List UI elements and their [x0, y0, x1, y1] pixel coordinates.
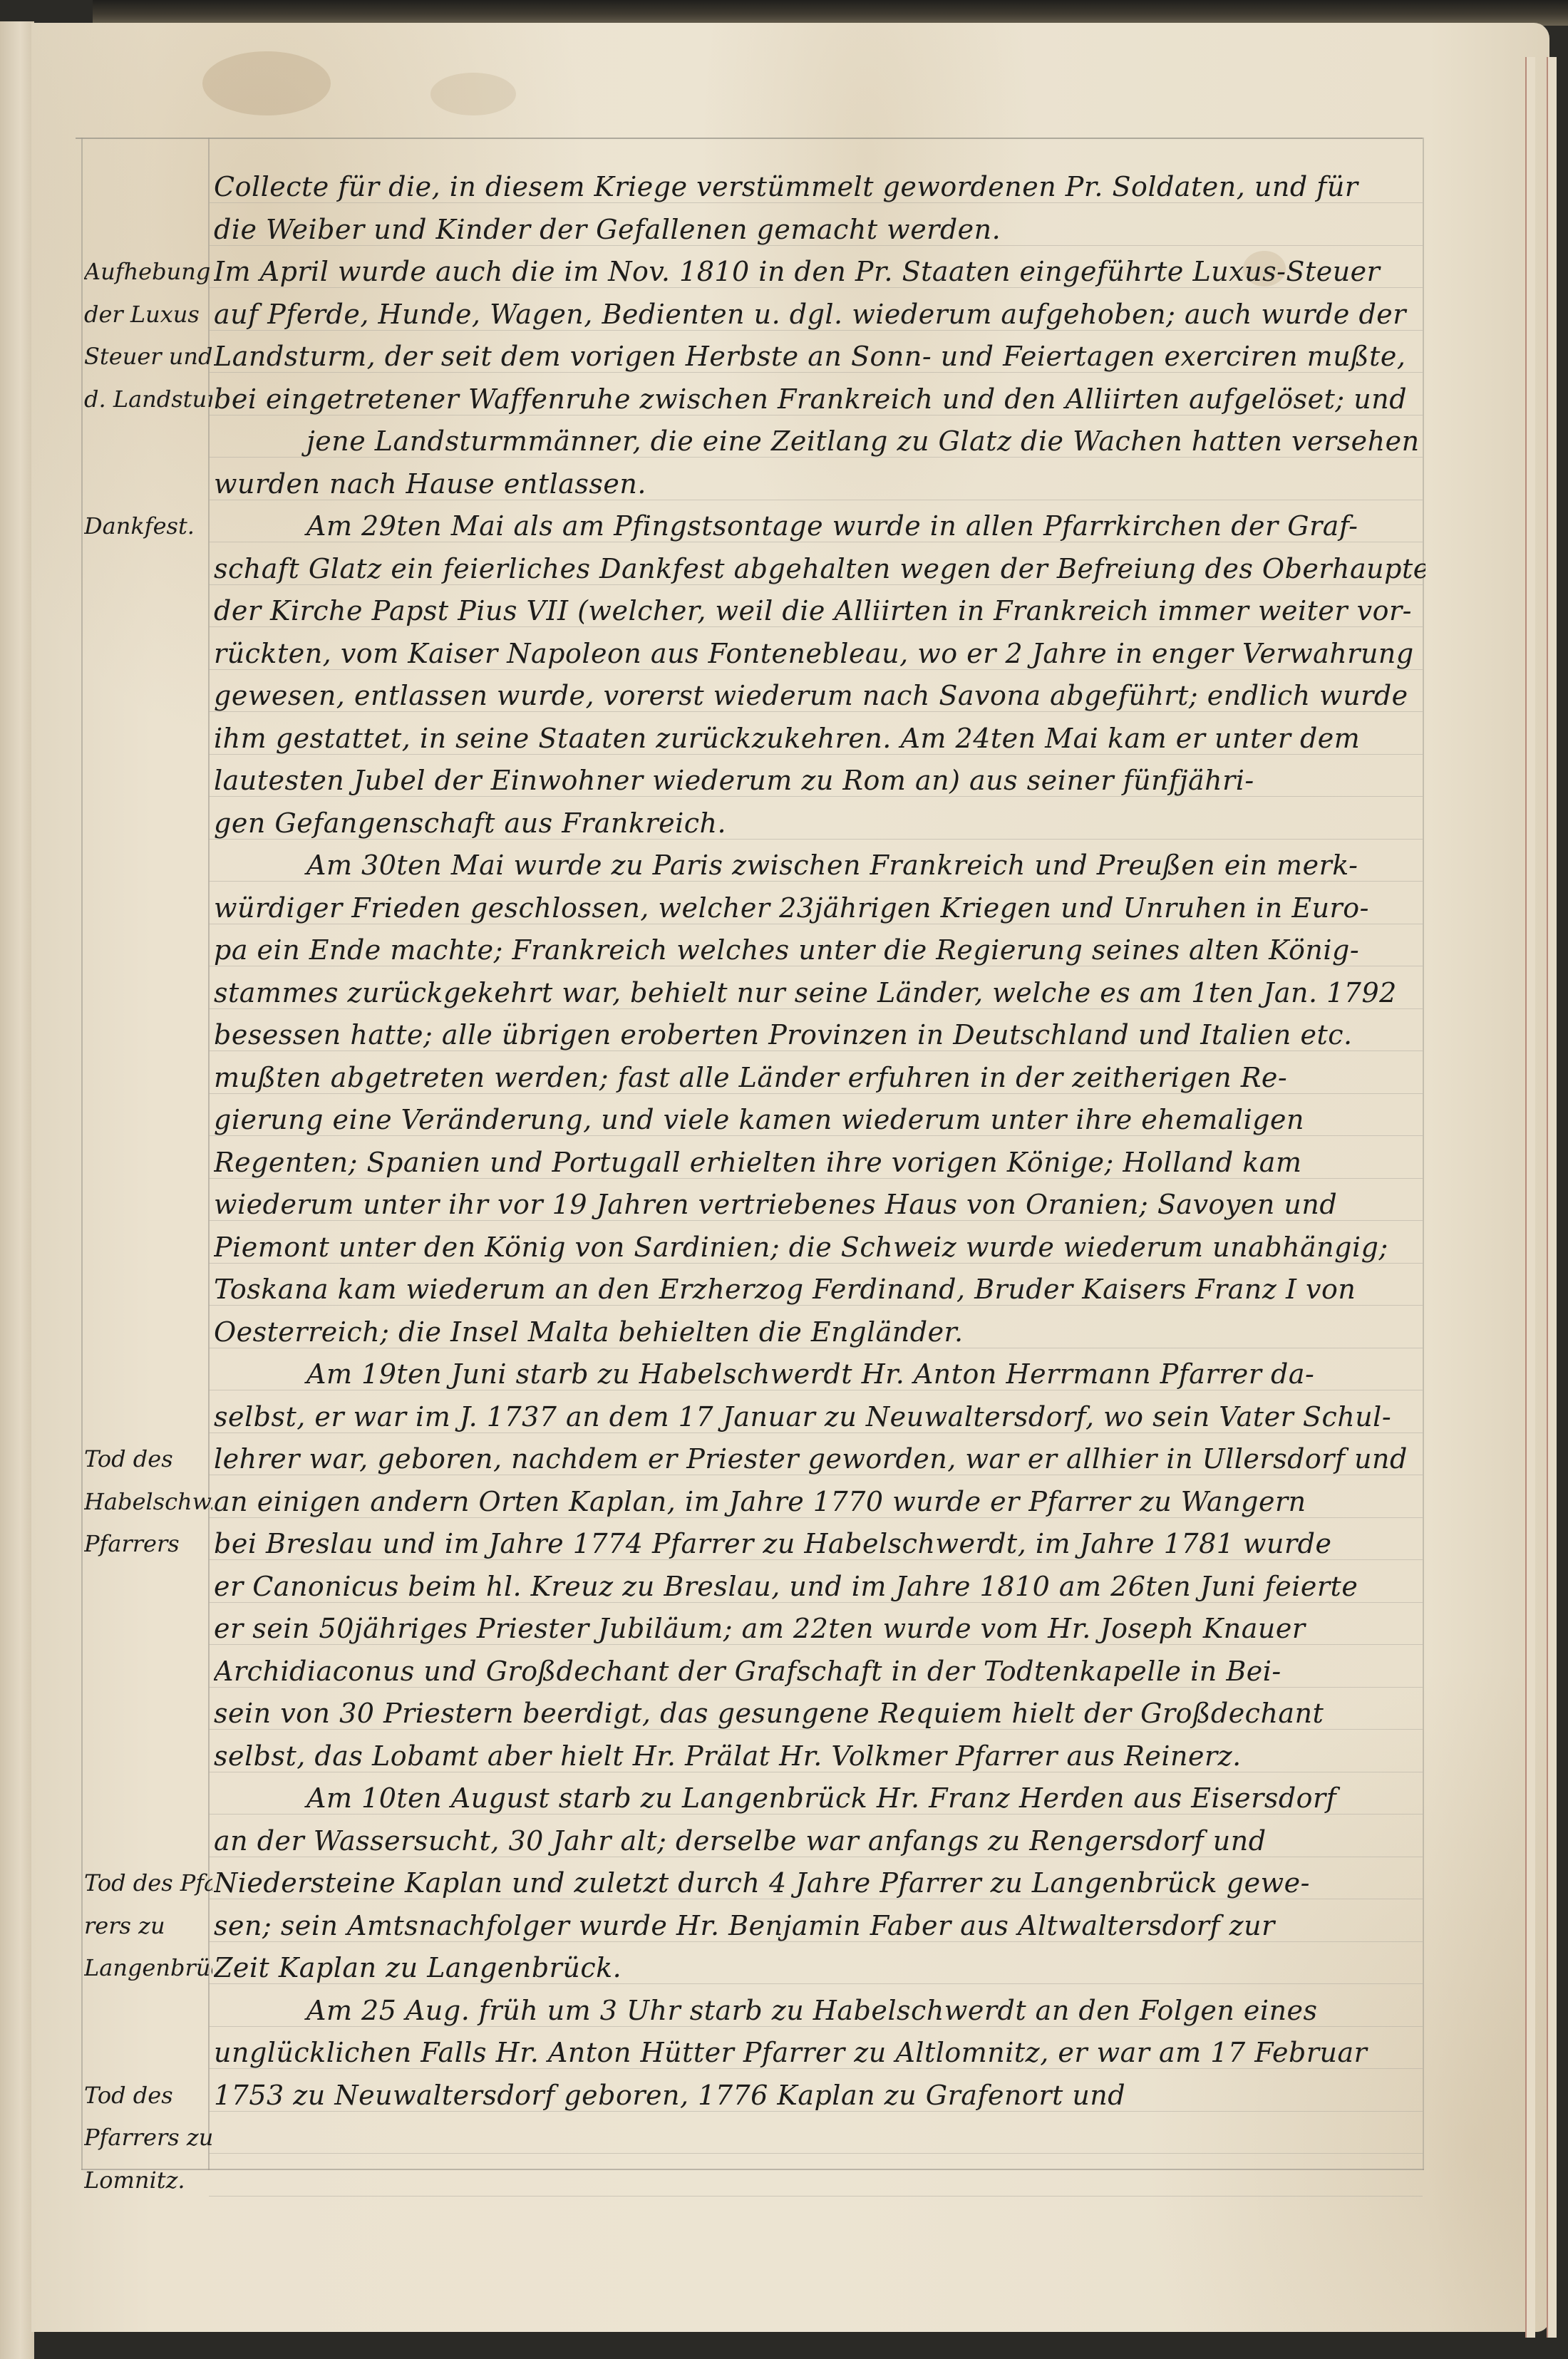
- manuscript-line: lautesten Jubel der Einwohner wiederum z…: [214, 759, 1425, 802]
- manuscript-line: bei eingetretener Waffenruhe zwischen Fr…: [214, 378, 1425, 420]
- ruled-line: [209, 2153, 1423, 2154]
- manuscript-line: Am 30ten Mai wurde zu Paris zwischen Fra…: [214, 844, 1425, 887]
- margin-note: Aufhebung: [84, 250, 212, 293]
- water-stain: [202, 51, 331, 115]
- manuscript-line: er sein 50jähriges Priester Jubiläum; am…: [214, 1607, 1425, 1650]
- frame-rule-top: [76, 138, 1423, 139]
- manuscript-line: wurden nach Hause entlassen.: [214, 463, 1425, 505]
- manuscript-line: Am 25 Aug. früh um 3 Uhr starb zu Habels…: [214, 1989, 1425, 2032]
- manuscript-line: Piemont unter den König von Sardinien; d…: [214, 1226, 1425, 1269]
- margin-note: d. Landsturm: [84, 378, 212, 420]
- manuscript-line: Am 10ten August starb zu Langenbrück Hr.…: [214, 1777, 1425, 1819]
- margin-note: Langenbrück.: [84, 1946, 212, 1989]
- manuscript-line: Am 29ten Mai als am Pfingstsontage wurde…: [214, 505, 1425, 547]
- margin-note: Pfarrers: [84, 1522, 212, 1565]
- manuscript-line: Toskana kam wiederum an den Erzherzog Fe…: [214, 1268, 1425, 1311]
- ruled-line: [209, 2196, 1423, 2197]
- manuscript-line: selbst, er war im J. 1737 an dem 17 Janu…: [214, 1395, 1425, 1438]
- frame-rule-bottom: [81, 2169, 1424, 2170]
- manuscript-line: rückten, vom Kaiser Napoleon aus Fontene…: [214, 632, 1425, 675]
- book-binding-top: [93, 0, 1568, 26]
- manuscript-line: mußten abgetreten werden; fast alle Länd…: [214, 1056, 1425, 1099]
- manuscript-line: würdiger Frieden geschlossen, welcher 23…: [214, 887, 1425, 929]
- manuscript-line: gierung eine Veränderung, und viele kame…: [214, 1098, 1425, 1141]
- manuscript-line: Archidiaconus und Großdechant der Grafsc…: [214, 1650, 1425, 1693]
- manuscript-line: an einigen andern Orten Kaplan, im Jahre…: [214, 1480, 1425, 1523]
- frame-rule-left: [81, 138, 83, 2170]
- manuscript-line: die Weiber und Kinder der Gefallenen gem…: [214, 208, 1425, 251]
- margin-note: Lomnitz.: [84, 2159, 212, 2201]
- manuscript-line: bei Breslau und im Jahre 1774 Pfarrer zu…: [214, 1522, 1425, 1565]
- manuscript-line: jene Landsturmmänner, die eine Zeitlang …: [214, 420, 1425, 463]
- manuscript-line: Landsturm, der seit dem vorigen Herbste …: [214, 335, 1425, 378]
- manuscript-line: Am 19ten Juni starb zu Habelschwerdt Hr.…: [214, 1353, 1425, 1395]
- manuscript-line: gen Gefangenschaft aus Frankreich.: [214, 802, 1425, 845]
- manuscript-line: unglücklichen Falls Hr. Anton Hütter Pfa…: [214, 2031, 1425, 2074]
- margin-note: Habelschw.: [84, 1480, 212, 1523]
- page-fore-edge: [1547, 57, 1557, 2338]
- margin-note: der Luxus: [84, 293, 212, 336]
- margin-note: Tod des: [84, 2074, 212, 2117]
- manuscript-line: sen; sein Amtsnachfolger wurde Hr. Benja…: [214, 1904, 1425, 1947]
- margin-note: Tod des Pfar=: [84, 1862, 212, 1904]
- manuscript-line: gewesen, entlassen wurde, vorerst wieder…: [214, 674, 1425, 717]
- margin-note: Pfarrers zu: [84, 2116, 212, 2159]
- manuscript-line: Regenten; Spanien und Portugall erhielte…: [214, 1141, 1425, 1184]
- manuscript-line: wiederum unter ihr vor 19 Jahren vertrie…: [214, 1183, 1425, 1226]
- manuscript-line: sein von 30 Priestern beerdigt, das gesu…: [214, 1692, 1425, 1735]
- manuscript-line: selbst, das Lobamt aber hielt Hr. Prälat…: [214, 1735, 1425, 1777]
- margin-note: Tod des: [84, 1437, 212, 1480]
- manuscript-line: ihm gestattet, in seine Staaten zurückzu…: [214, 717, 1425, 760]
- manuscript-line: Oesterreich; die Insel Malta behielten d…: [214, 1311, 1425, 1353]
- manuscript-line: Zeit Kaplan zu Langenbrück.: [214, 1946, 1425, 1989]
- manuscript-line: stammes zurückgekehrt war, behielt nur s…: [214, 971, 1425, 1014]
- manuscript-line: 1753 zu Neuwaltersdorf geboren, 1776 Kap…: [214, 2074, 1425, 2117]
- manuscript-line: Im April wurde auch die im Nov. 1810 in …: [214, 250, 1425, 293]
- manuscript-line: der Kirche Papst Pius VII (welcher, weil…: [214, 589, 1425, 632]
- manuscript-line: er Canonicus beim hl. Kreuz zu Breslau, …: [214, 1565, 1425, 1608]
- manuscript-line: an der Wassersucht, 30 Jahr alt; derselb…: [214, 1819, 1425, 1862]
- margin-note: rers zu: [84, 1904, 212, 1947]
- margin-note: Dankfest.: [84, 505, 212, 547]
- manuscript-line: lehrer war, geboren, nachdem er Priester…: [214, 1437, 1425, 1480]
- manuscript-line: schaft Glatz ein feierliches Dankfest ab…: [214, 547, 1425, 590]
- previous-page-edge: [0, 21, 34, 2359]
- manuscript-line: Collecte für die, in diesem Kriege verst…: [214, 165, 1425, 208]
- manuscript-line: auf Pferde, Hunde, Wagen, Bedienten u. d…: [214, 293, 1425, 336]
- margin-note: Steuer und: [84, 335, 212, 378]
- manuscript-line: besessen hatte; alle übrigen eroberten P…: [214, 1013, 1425, 1056]
- manuscript-line: Niedersteine Kaplan und zuletzt durch 4 …: [214, 1862, 1425, 1904]
- manuscript-line: pa ein Ende machte; Frankreich welches u…: [214, 929, 1425, 971]
- page-fore-edge: [1525, 57, 1535, 2338]
- water-stain: [430, 73, 516, 115]
